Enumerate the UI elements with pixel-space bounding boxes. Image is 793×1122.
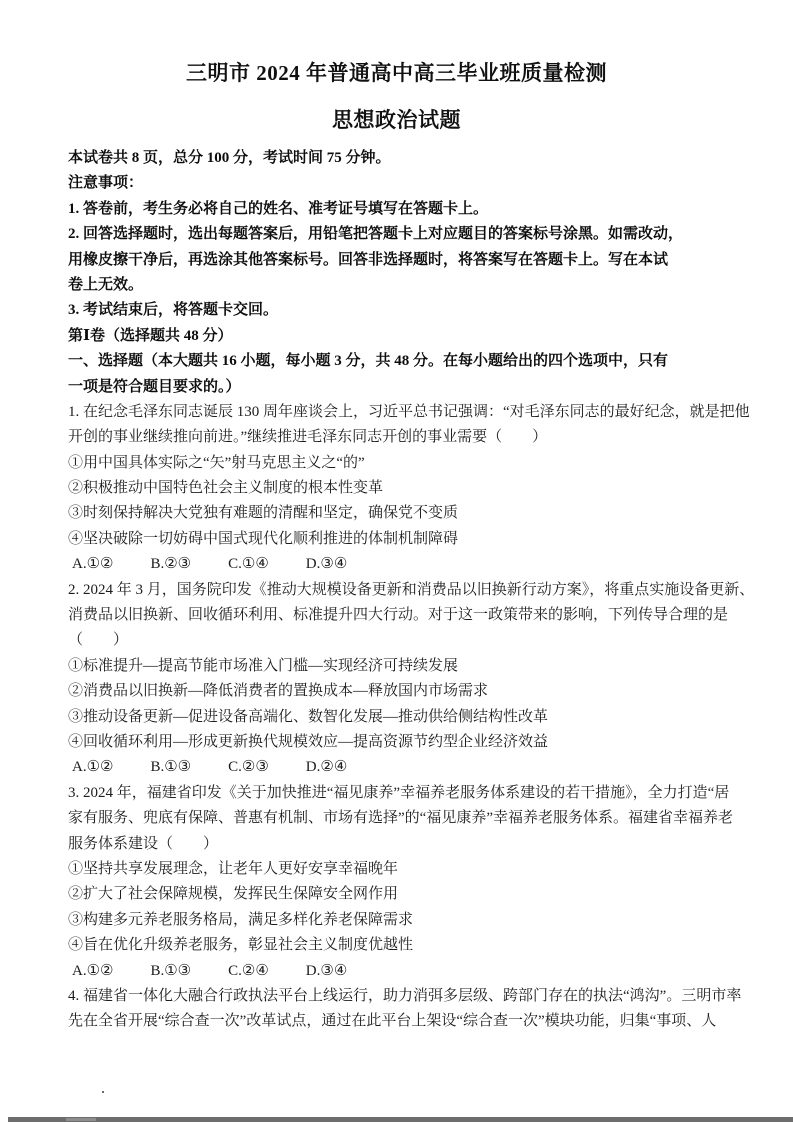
option-item: D.③④ [306, 552, 347, 577]
text-line: （ ） [68, 628, 768, 653]
option-item: D.③④ [306, 959, 347, 984]
text-line: 卷上无效。 [68, 273, 768, 298]
option-item: B.①③ [150, 959, 191, 984]
text-line: 4. 福建省一体化大融合行政执法平台上线运行，助力消弭多层级、跨部门存在的执法“… [68, 984, 768, 1009]
option-item: A.①② [72, 755, 113, 780]
text-line: ①坚持共享发展理念，让老年人更好安享幸福晚年 [68, 857, 768, 882]
text-line: ①标准提升—提高节能市场准入门槛—实现经济可持续发展 [68, 654, 768, 679]
text-line: 3. 2024 年，福建省印发《关于加快推进“福见康养”幸福养老服务体系建设的若… [68, 781, 768, 806]
text-line: 1. 在纪念毛泽东同志诞辰 130 周年座谈会上，习近平总书记强调：“对毛泽东同… [68, 400, 768, 425]
text-line: ④回收循环利用—形成更新换代规模效应—提高资源节约型企业经济效益 [68, 730, 768, 755]
text-line: ①用中国具体实际之“矢”射马克思主义之“的” [68, 451, 768, 476]
text-line: ③时刻保持解决大党独有难题的清醒和坚定，确保党不变质 [68, 501, 768, 526]
text-line: 第Ⅰ卷（选择题共 48 分） [68, 324, 768, 349]
option-item: B.①③ [150, 755, 191, 780]
text-line: 先在全省开展“综合查一次”改革试点，通过在此平台上架设“综合查一次”模块功能，归… [68, 1009, 768, 1034]
document-body: 本试卷共 8 页，总分 100 分，考试时间 75 分钟。注意事项：1. 答卷前… [68, 146, 768, 1035]
text-line: 消费品以旧换新、回收循环利用、标准提升四大行动。对于这一政策带来的影响，下列传导… [68, 603, 768, 628]
option-item: B.②③ [150, 552, 191, 577]
text-line: 2. 回答选择题时，选出每题答案后，用铅笔把答题卡上对应题目的答案标号涂黑。如需… [68, 222, 768, 247]
text-line: ④坚决破除一切妨碍中国式现代化顺利推进的体制机制障碍 [68, 527, 768, 552]
text-line: ③推动设备更新—促进设备高端化、数智化发展—推动供给侧结构性改革 [68, 705, 768, 730]
page-edge-bar [8, 1117, 793, 1122]
exam-subtitle: 思想政治试题 [0, 107, 793, 133]
answer-options-row: A.①②B.②③C.①④D.③④ [68, 552, 768, 577]
answer-options-row: A.①②B.①③C.②③D.②④ [68, 755, 768, 780]
text-line: 家有服务、兜底有保障、普惠有机制、市场有选择”的“福见康养”幸福养老服务体系。福… [68, 806, 768, 831]
text-line: ②扩大了社会保障规模，发挥民生保障安全网作用 [68, 882, 768, 907]
text-line: 2. 2024 年 3 月，国务院印发《推动大规模设备更新和消费品以旧换新行动方… [68, 578, 768, 603]
text-line: 1. 答卷前，考生务必将自己的姓名、准考证号填写在答题卡上。 [68, 197, 768, 222]
text-line: 一、选择题（本大题共 16 小题，每小题 3 分，共 48 分。在每小题给出的四… [68, 349, 768, 374]
text-line: ③构建多元养老服务格局，满足多样化养老保障需求 [68, 908, 768, 933]
answer-options-row: A.①②B.①③C.②④D.③④ [68, 959, 768, 984]
text-line: 3. 考试结束后，将答题卡交回。 [68, 298, 768, 323]
text-line: ②消费品以旧换新—降低消费者的置换成本—释放国内市场需求 [68, 679, 768, 704]
option-item: A.①② [72, 552, 113, 577]
exam-paper-page: 三明市 2024 年普通高中高三毕业班质量检测 思想政治试题 本试卷共 8 页，… [0, 0, 793, 1122]
text-line: ④旨在优化升级养老服务，彰显社会主义制度优越性 [68, 933, 768, 958]
text-line: 用橡皮擦干净后，再选涂其他答案标号。回答非选择题时，将答案写在答题卡上。写在本试 [68, 248, 768, 273]
text-line: 注意事项： [68, 171, 768, 196]
text-line: ②积极推动中国特色社会主义制度的根本性变革 [68, 476, 768, 501]
text-line: 本试卷共 8 页，总分 100 分，考试时间 75 分钟。 [68, 146, 768, 171]
text-line: 一项是符合题目要求的。） [68, 375, 768, 400]
option-item: C.①④ [228, 552, 269, 577]
exam-title: 三明市 2024 年普通高中高三毕业班质量检测 [0, 60, 793, 86]
option-item: C.②④ [228, 959, 269, 984]
option-item: A.①② [72, 959, 113, 984]
text-line: 服务体系建设（ ） [68, 832, 768, 857]
stray-dot [102, 1091, 104, 1093]
option-item: D.②④ [306, 755, 347, 780]
text-line: 开创的事业继续推向前进。”继续推进毛泽东同志开创的事业需要（ ） [68, 425, 768, 450]
edge-light-patch [66, 1118, 96, 1121]
option-item: C.②③ [228, 755, 269, 780]
